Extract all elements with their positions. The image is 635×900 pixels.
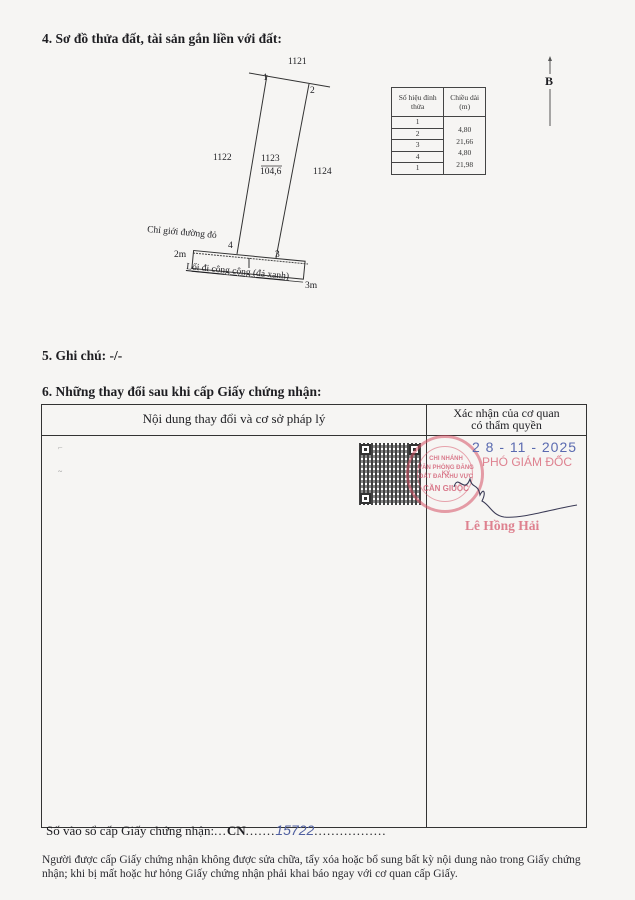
confirmation-date: 2 8 - 11 - 2025: [472, 439, 577, 455]
registry-number-line: Số vào sổ cấp Giấy chứng nhận:...CN.....…: [46, 822, 387, 839]
qr-finder: [360, 444, 371, 455]
registry-prefix: CN: [227, 823, 246, 838]
scan-mark: ⌐: [58, 443, 63, 452]
vertex-cell: 1: [392, 163, 444, 175]
vertex-cell: 1: [392, 117, 444, 129]
length-value: 21,66: [444, 136, 485, 148]
width-right-label: 3m: [305, 281, 317, 291]
scan-mark: ~: [58, 467, 62, 476]
north-arrow-label: B: [545, 74, 553, 89]
header-divider: [42, 435, 586, 436]
parcel-subject-id: 1123: [261, 154, 280, 164]
length-value: 21,98: [444, 159, 485, 171]
section-5-notes: 5. Ghi chú: -/-: [42, 348, 122, 364]
length-header: Chiều dài (m): [444, 88, 486, 117]
vertex-length-table: Số hiệu đỉnh thửa Chiều dài (m) 1 4,80 2…: [391, 87, 486, 175]
lengths-cell: 4,80 21,66 4,80 21,98: [444, 117, 486, 175]
signer-name: Lê Hồng Hải: [465, 518, 539, 534]
vertex-1-label: 1: [263, 73, 268, 83]
vertex-4-label: 4: [228, 241, 233, 251]
vertex-2-label: 2: [310, 86, 315, 96]
parcel-north-label: 1121: [288, 57, 307, 67]
legal-notice: Người được cấp Giấy chứng nhận không đượ…: [42, 853, 602, 881]
vertex-3-label: 3: [275, 250, 280, 260]
vertex-header: Số hiệu đỉnh thửa: [392, 88, 444, 117]
confirmation-header-line2: có thẩm quyền: [427, 419, 586, 431]
parcel-east-label: 1124: [313, 167, 332, 177]
vertex-cell: 2: [392, 128, 444, 140]
length-value: 4,80: [444, 120, 485, 136]
seal-text: CHI NHÁNH: [415, 456, 477, 462]
section-6-title: 6. Những thay đổi sau khi cấp Giấy chứng…: [42, 384, 322, 400]
registry-label: Số vào sổ cấp Giấy chứng nhận:: [46, 823, 214, 838]
confirmation-header: Xác nhận của cơ quan có thẩm quyền: [427, 407, 586, 431]
width-left-label: 2m: [174, 250, 186, 260]
content-header: Nội dung thay đổi và cơ sở pháp lý: [42, 411, 426, 427]
signature: [442, 465, 582, 525]
parcel-subject-area: 104,6: [260, 167, 281, 177]
parcel-west-label: 1122: [213, 153, 232, 163]
registry-number: 15722: [275, 822, 314, 838]
qr-finder: [360, 493, 371, 504]
vertex-cell: 4: [392, 151, 444, 163]
length-value: 4,80: [444, 147, 485, 159]
vertex-cell: 3: [392, 140, 444, 152]
changes-table: Nội dung thay đổi và cơ sở pháp lý Xác n…: [41, 404, 587, 828]
